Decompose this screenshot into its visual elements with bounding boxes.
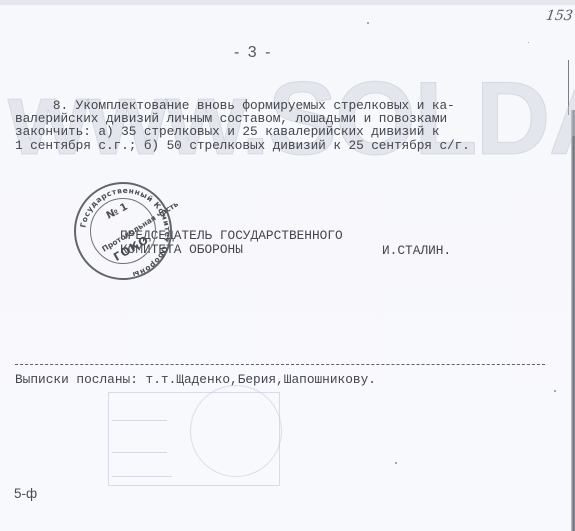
bleed-through-stamp xyxy=(190,385,282,477)
official-stamp: Государственный Комитет Обороны № 1 Прот… xyxy=(74,182,172,280)
bleed-through-line xyxy=(112,452,167,453)
footer-code: 5-ф xyxy=(14,486,37,501)
distribution-note: Выписки посланы: т.т.Щаденко,Берия,Шапош… xyxy=(15,372,376,387)
paragraph-8: 8. Укомплектование вновь формируемых стр… xyxy=(15,99,560,152)
scan-speck xyxy=(367,22,369,24)
page-number: - 3 - xyxy=(234,44,272,62)
paragraph-line: 1 сентября с.г.; б) 50 стрелковых дивизи… xyxy=(15,139,560,152)
bleed-through-line xyxy=(112,420,167,421)
scan-right-edge xyxy=(571,110,575,531)
bleed-through-line xyxy=(112,476,172,477)
scan-speck xyxy=(528,42,529,43)
signer-name: И.СТАЛИН. xyxy=(382,243,451,258)
scan-speck xyxy=(554,390,556,392)
scan-top-edge xyxy=(0,0,575,5)
document-page: www.SOLDAT.ru 153 - 3 - 8. Укомплектован… xyxy=(0,0,575,531)
paragraph-line: закончить: а) 35 стрелковых и 25 кавалер… xyxy=(15,125,560,138)
folio-number: 153 xyxy=(545,8,574,24)
separator-rule xyxy=(15,364,545,365)
scan-speck xyxy=(395,462,397,464)
scan-edge-mark xyxy=(568,60,569,115)
